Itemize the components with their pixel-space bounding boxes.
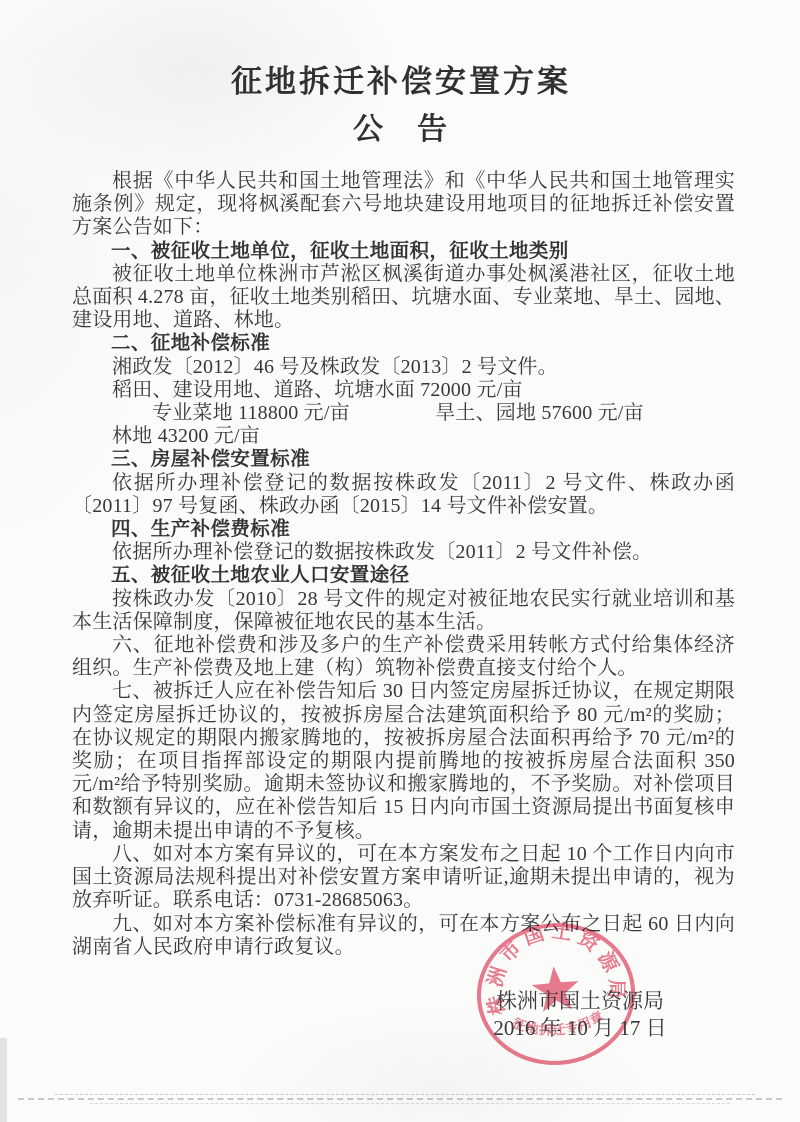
section2-heading: 二、征地补偿标准	[72, 332, 735, 355]
signature-date: 2016 年 10 月 17 日	[430, 1015, 730, 1042]
section4-paragraph: 依据所办理补偿登记的数据按株政发〔2011〕2 号文件补偿。	[72, 541, 735, 564]
section1-paragraph: 被征收土地单位株洲市芦淞区枫溪街道办事处枫溪港社区，征收土地总面积 4.278 …	[72, 263, 735, 333]
rate-vegetable: 专业菜地 118800 元/亩	[112, 402, 430, 425]
section5-paragraph: 按株政办发〔2010〕28 号文件的规定对被征地农民实行就业培训和基本生活保障制…	[72, 588, 735, 634]
section1-heading: 一、被征收土地单位，征收土地面积，征收土地类别	[72, 240, 735, 263]
section3-heading: 三、房屋补偿安置标准	[72, 448, 735, 471]
scan-artifact-line	[90, 1103, 730, 1104]
scan-edge-shadow	[0, 1038, 7, 1122]
section4-heading: 四、生产补偿费标准	[72, 518, 735, 541]
scan-artifact-line	[18, 1098, 782, 1100]
section7-paragraph: 七、被拆迁人应在补偿告知后 30 日内签定房屋拆迁协议，在规定期限内签定房屋拆迁…	[72, 680, 735, 842]
section5-heading: 五、被征收土地农业人口安置途径	[72, 564, 735, 587]
signature-block: 株洲市国土资源局 2016 年 10 月 17 日	[430, 988, 730, 1042]
document-subtitle: 公 告	[70, 110, 732, 150]
document-body: 根据《中华人民共和国土地管理法》和《中华人民共和国土地管理实施条例》规定，现将枫…	[72, 170, 735, 959]
signature-agency: 株洲市国土资源局	[430, 988, 730, 1015]
rates-row: 专业菜地 118800 元/亩 旱土、园地 57600 元/亩	[72, 402, 735, 425]
section3-paragraph: 依据所办理补偿登记的数据按株政发〔2011〕2 号文件、株政办函〔2011〕97…	[72, 472, 735, 518]
document-header: 征地拆迁补偿安置方案 公 告	[70, 58, 732, 150]
section8-paragraph: 八、如对本方案有异议的，可在本方案发布之日起 10 个工作日内向市国土资源局法规…	[72, 843, 735, 913]
intro-paragraph: 根据《中华人民共和国土地管理法》和《中华人民共和国土地管理实施条例》规定，现将枫…	[72, 170, 735, 240]
scan-artifact-line	[55, 1094, 755, 1095]
scanned-document-page: 征地拆迁补偿安置方案 公 告 根据《中华人民共和国土地管理法》和《中华人民共和国…	[0, 0, 800, 1122]
rate-forest-line: 林地 43200 元/亩	[72, 425, 735, 448]
section6-paragraph: 六、征地补偿费和涉及多户的生产补偿费采用转帐方式付给集体经济组织。生产补偿费及地…	[72, 634, 735, 680]
document-title: 征地拆迁补偿安置方案	[70, 58, 732, 106]
rate-paddy-line: 稻田、建设用地、道路、坑塘水面 72000 元/亩	[72, 379, 735, 402]
rate-dry-garden: 旱土、园地 57600 元/亩	[435, 402, 644, 424]
section9-paragraph: 九、如对本方案补偿标准有异议的，可在本方案公布之日起 60 日内向湖南省人民政府…	[72, 913, 735, 959]
section2-docs-paragraph: 湘政发〔2012〕46 号及株政发〔2013〕2 号文件。	[72, 356, 735, 379]
